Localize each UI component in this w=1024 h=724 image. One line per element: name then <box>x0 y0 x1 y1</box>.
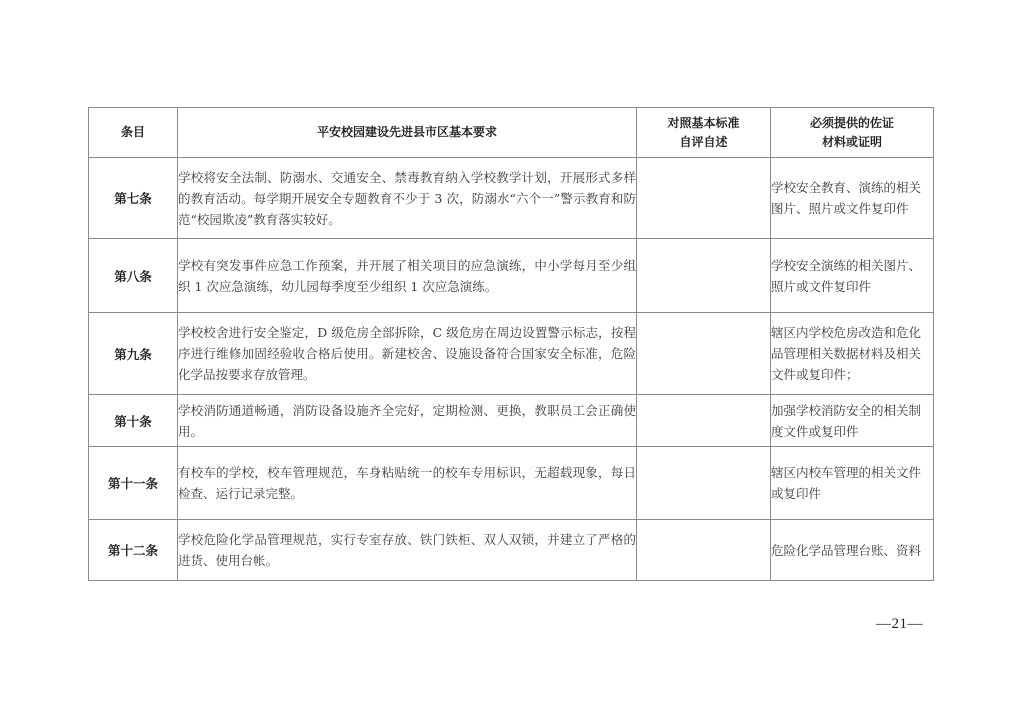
row-proof: 加强学校消防安全的相关制度文件或复印件 <box>771 395 934 447</box>
table-row: 第十条 学校消防通道畅通，消防设备设施齐全完好，定期检测、更换，教职员工会正确使… <box>89 395 934 447</box>
header-self-assessment-line1: 对照基本标准 <box>637 114 770 133</box>
row-proof: 辖区内校车管理的相关文件或复印件 <box>771 447 934 520</box>
header-self-assessment: 对照基本标准 自评自述 <box>637 108 771 158</box>
header-self-assessment-line2: 自评自述 <box>637 133 770 152</box>
row-requirement: 学校校舍进行安全鉴定，D 级危房全部拆除，C 级危房在周边设置警示标志，按程序进… <box>178 313 637 395</box>
row-requirement: 学校将安全法制、防溺水、交通安全、禁毒教育纳入学校教学计划，开展形式多样的教育活… <box>178 158 637 239</box>
table-row: 第十一条 有校车的学校，校车管理规范，车身粘贴统一的校车专用标识，无超载现象，每… <box>89 447 934 520</box>
row-requirement: 学校消防通道畅通，消防设备设施齐全完好，定期检测、更换，教职员工会正确使用。 <box>178 395 637 447</box>
row-self-assessment[interactable] <box>637 158 771 239</box>
row-item: 第十二条 <box>89 520 178 581</box>
row-self-assessment[interactable] <box>637 447 771 520</box>
row-requirement: 有校车的学校，校车管理规范，车身粘贴统一的校车专用标识，无超载现象，每日检查、运… <box>178 447 637 520</box>
row-item: 第九条 <box>89 313 178 395</box>
header-proof-line2: 材料或证明 <box>771 133 933 152</box>
table-row: 第八条 学校有突发事件应急工作预案，并开展了相关项目的应急演练，中小学每月至少组… <box>89 239 934 313</box>
table-header-row: 条目 平安校园建设先进县市区基本要求 对照基本标准 自评自述 必须提供的佐证 材… <box>89 108 934 158</box>
requirements-table: 条目 平安校园建设先进县市区基本要求 对照基本标准 自评自述 必须提供的佐证 材… <box>88 107 934 581</box>
header-requirement: 平安校园建设先进县市区基本要求 <box>178 108 637 158</box>
row-self-assessment[interactable] <box>637 313 771 395</box>
header-proof: 必须提供的佐证 材料或证明 <box>771 108 934 158</box>
header-item: 条目 <box>89 108 178 158</box>
row-proof: 学校安全教育、演练的相关图片、照片或文件复印件 <box>771 158 934 239</box>
row-item: 第十一条 <box>89 447 178 520</box>
page-number: —21— <box>876 616 923 633</box>
table-row: 第九条 学校校舍进行安全鉴定，D 级危房全部拆除，C 级危房在周边设置警示标志，… <box>89 313 934 395</box>
row-self-assessment[interactable] <box>637 395 771 447</box>
table-row: 第七条 学校将安全法制、防溺水、交通安全、禁毒教育纳入学校教学计划，开展形式多样… <box>89 158 934 239</box>
row-self-assessment[interactable] <box>637 520 771 581</box>
row-proof: 危险化学品管理台账、资料 <box>771 520 934 581</box>
header-proof-line1: 必须提供的佐证 <box>771 114 933 133</box>
row-item: 第十条 <box>89 395 178 447</box>
row-self-assessment[interactable] <box>637 239 771 313</box>
table-row: 第十二条 学校危险化学品管理规范，实行专室存放、铁门铁柜、双人双锁，并建立了严格… <box>89 520 934 581</box>
row-item: 第七条 <box>89 158 178 239</box>
row-proof: 辖区内学校危房改造和危化品管理相关数据材料及相关文件或复印件； <box>771 313 934 395</box>
row-item: 第八条 <box>89 239 178 313</box>
row-requirement: 学校有突发事件应急工作预案，并开展了相关项目的应急演练，中小学每月至少组织 1 … <box>178 239 637 313</box>
document-page: 条目 平安校园建设先进县市区基本要求 对照基本标准 自评自述 必须提供的佐证 材… <box>0 0 1024 724</box>
row-requirement: 学校危险化学品管理规范，实行专室存放、铁门铁柜、双人双锁，并建立了严格的进货、使… <box>178 520 637 581</box>
row-proof: 学校安全演练的相关图片、照片或文件复印件 <box>771 239 934 313</box>
